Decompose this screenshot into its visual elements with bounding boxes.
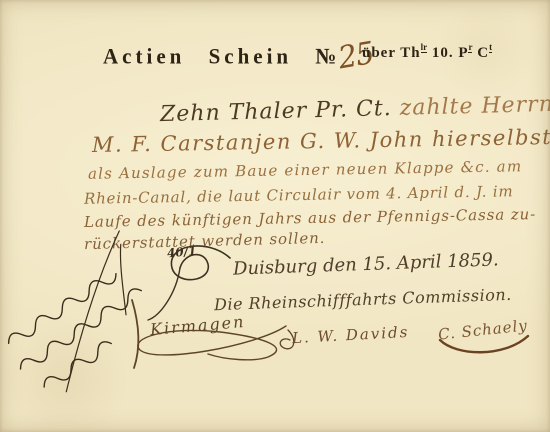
body-line-purpose-1: als Auslage zum Baue einer neuen Klappe … [88,157,523,183]
denomination-sup: t [489,42,492,53]
numero-sign: № [315,43,336,68]
certificate-paper: Actien Schein №25 über Thlr 10. Pr Ct Ze… [0,0,550,432]
signature-3-underline [434,334,534,362]
signature-2: L. W. Davids [292,323,410,347]
body-line-amount: Zehn Thaler Pr. Ct. zahlte Herrn [160,92,550,127]
body-line-payee: M. F. Carstanjen G. W. John hierselbst [92,125,550,157]
body-line-purpose-2: Rhein-Canal, die laut Circulair vom 4. A… [84,182,514,207]
certificate-title: Actien Schein №25 [103,35,373,71]
denomination-label: über Thlr 10. Pr Ct [362,42,492,62]
title-text: Actien Schein [103,43,292,68]
marginalia-note-handwriting [0,236,196,404]
body-line-purpose-3: Laufe des künftigen Jahrs aus der Pfenni… [84,205,536,231]
denomination-part: C [472,45,489,61]
denomination-part: 10. P [427,45,468,61]
amount-tail-text: zahlte Herrn [391,92,550,121]
dateline: Duisburg den 15. April 1859. [233,249,499,279]
amount-text: Zehn Thaler Pr. Ct. [160,96,392,127]
denomination-part: über Th [362,45,421,61]
